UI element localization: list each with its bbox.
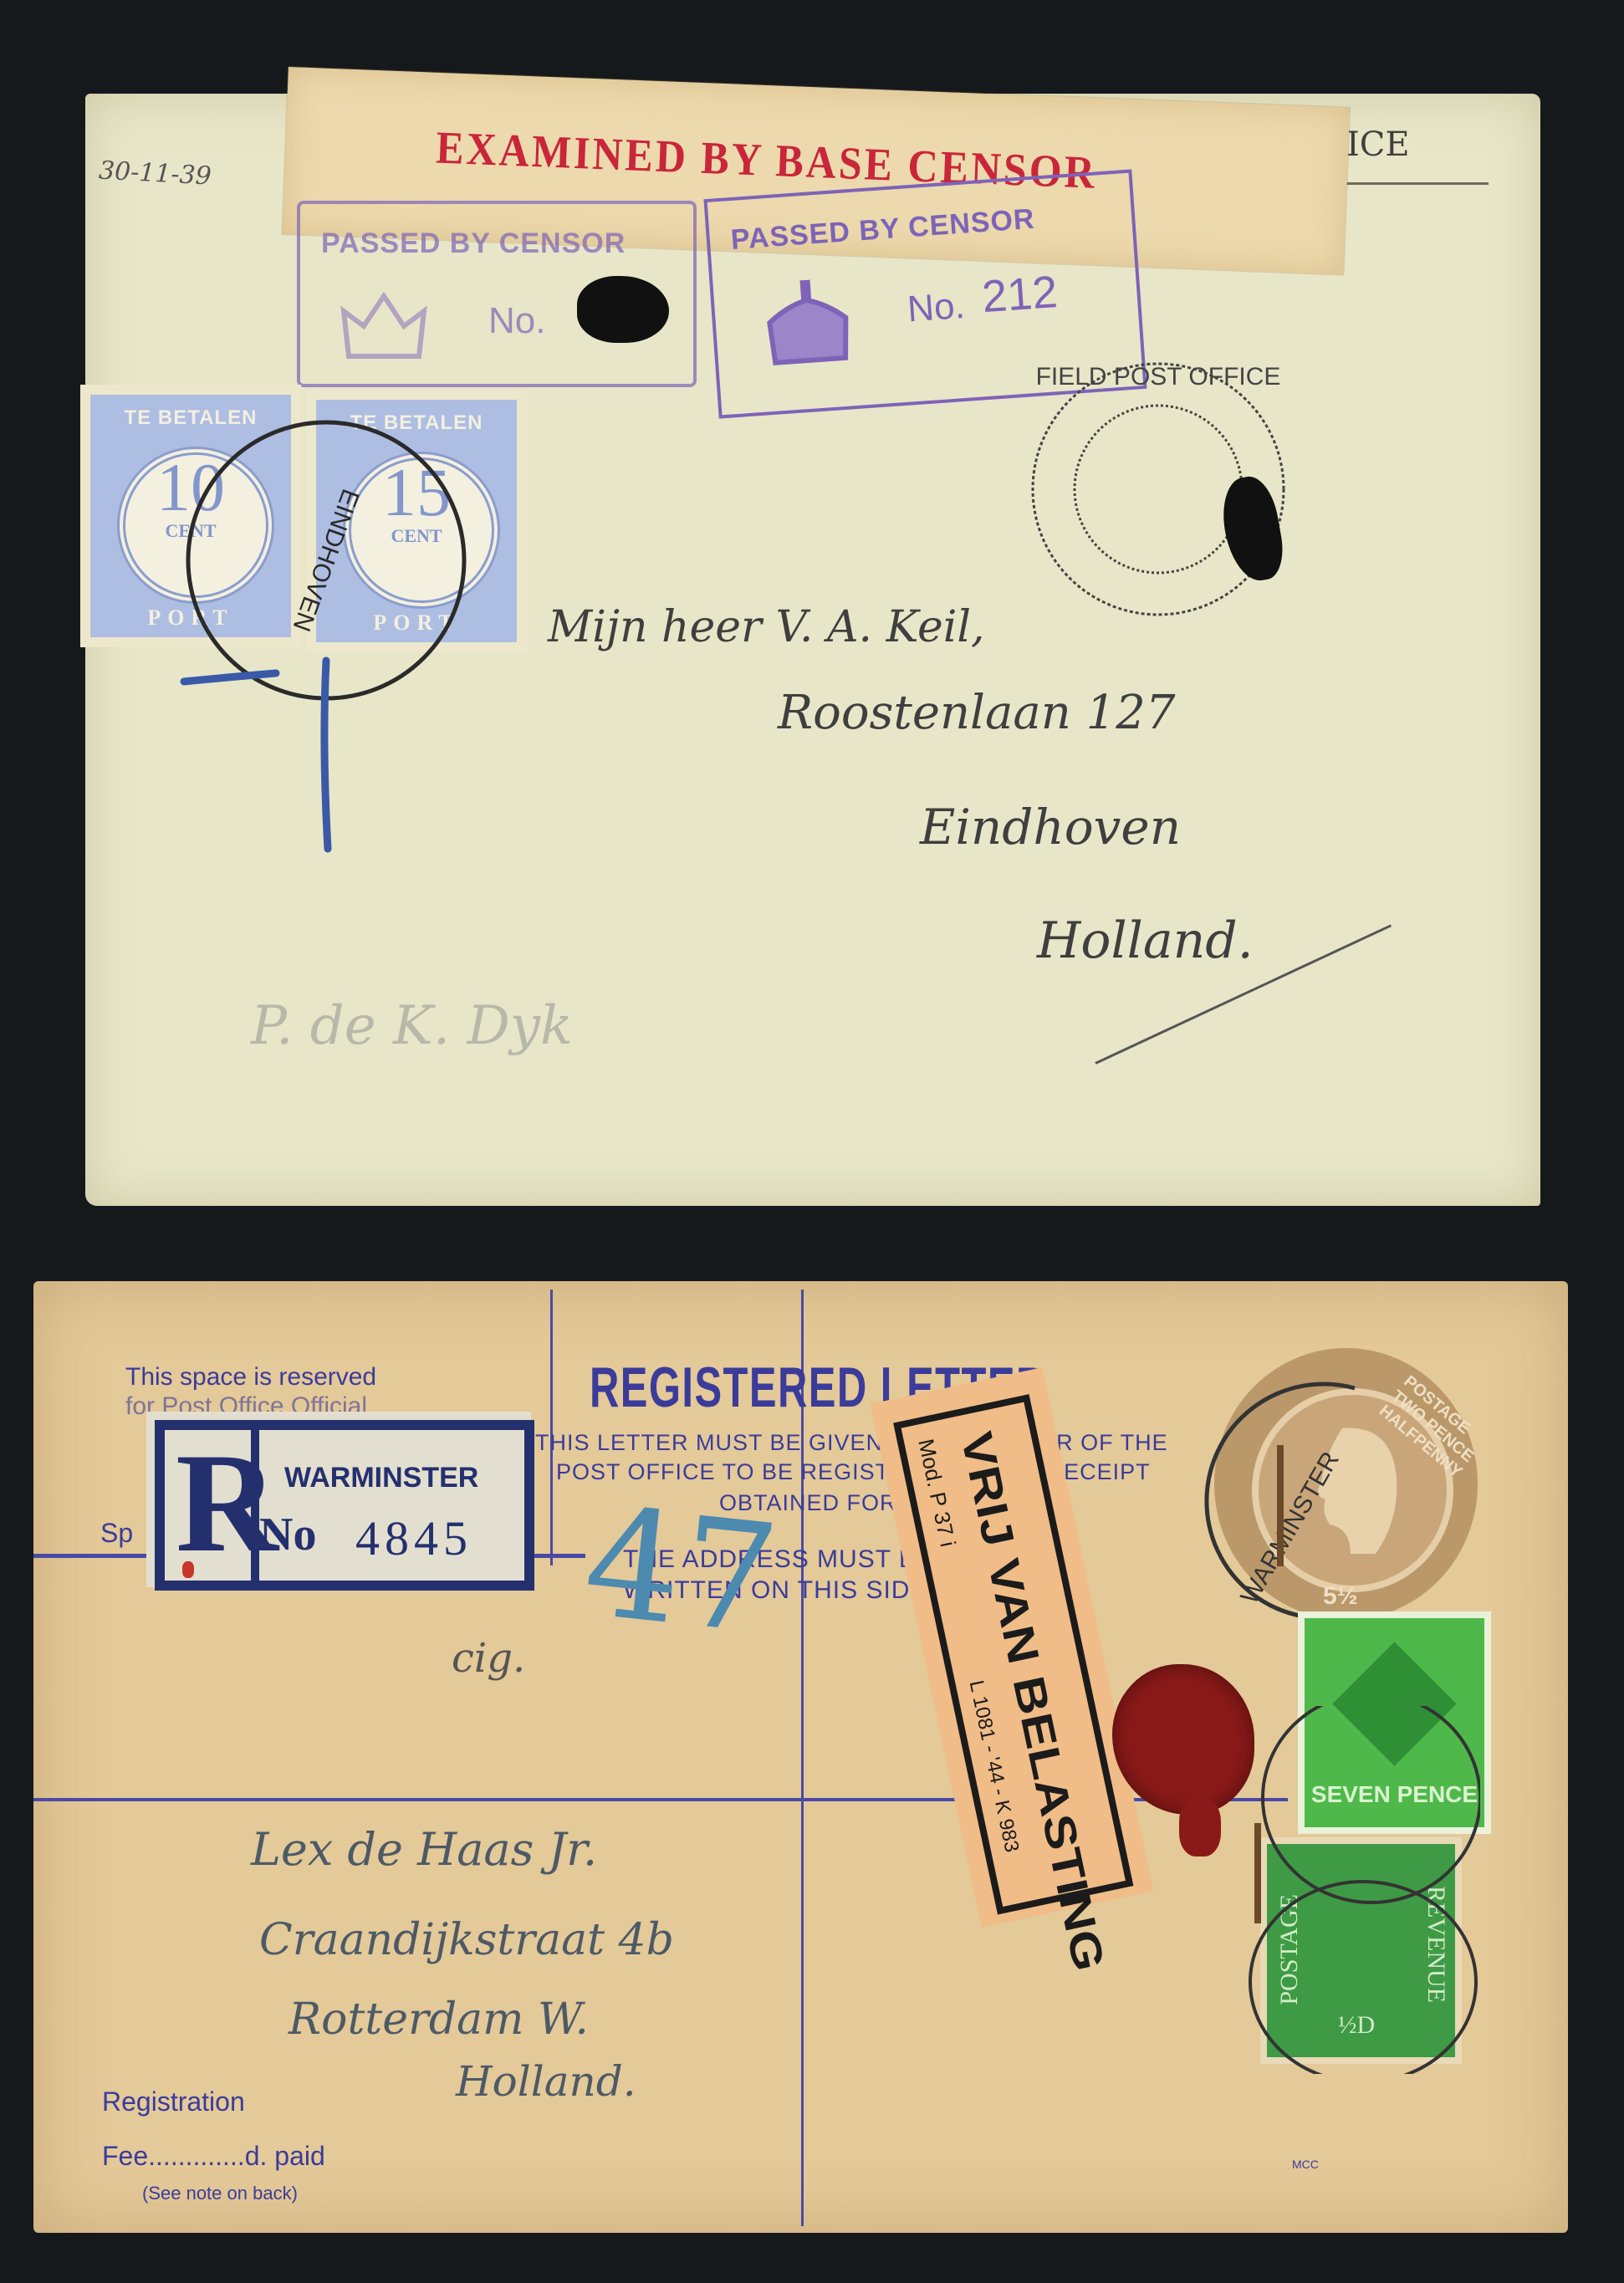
address-line: Lex de Haas Jr. [251, 1823, 597, 1876]
svg-text:EINDHOVEN: EINDHOVEN [288, 485, 365, 635]
pin [1254, 1823, 1261, 1923]
address-line: Eindhoven [920, 799, 1181, 855]
blue-crayon-mark [176, 644, 343, 861]
crown-icon [334, 271, 434, 371]
censor-stamp-number-prefix: No. [906, 285, 967, 331]
sp-fragment: Sp [100, 1518, 133, 1549]
warminster-postmark: WARMINSTER [1187, 1371, 1405, 1631]
red-mark [182, 1561, 194, 1578]
address-line: Craandijkstraat 4b [259, 1915, 674, 1965]
registration-fee-label: Registration [102, 2086, 245, 2117]
instruction-line: THIS LETTER MUST BE GIVEN TO AN OFFICER … [535, 1430, 1168, 1456]
registration-number-prefix: No [259, 1508, 316, 1561]
blue-crayon-number: 47 [577, 1475, 786, 1669]
address-line: Roostenlaan 127 [778, 686, 1175, 740]
cds-postmarks [1246, 1706, 1480, 2074]
printed-rule [550, 1290, 553, 1565]
censor-stamp-header: PASSED BY CENSOR [730, 203, 1036, 257]
wax-seal-drip [1179, 1798, 1221, 1857]
registration-label: R WARMINSTER No 4845 [146, 1412, 531, 1587]
address-line: Mijn heer V. A. Keil, [548, 602, 985, 652]
see-note-text: (See note on back) [142, 2183, 298, 2204]
svg-text:WARMINSTER: WARMINSTER [1235, 1447, 1345, 1608]
pencil-date: 30-11-39 [98, 156, 212, 191]
corner-text-fragment: ICE [1346, 125, 1410, 164]
crown-icon [754, 272, 861, 379]
registration-fee-line: Fee.............d. paid [102, 2141, 325, 2172]
pin [1277, 1445, 1284, 1566]
address-line: Rotterdam W. [289, 1994, 589, 2045]
printer-mark: MCC [1292, 2158, 1319, 2171]
pencil-note: cig. [452, 1635, 525, 1682]
reserved-space-text: This space is reserved [125, 1363, 376, 1392]
address-line: Holland. [1037, 912, 1254, 970]
censor-stamp-header: PASSED BY CENSOR [321, 227, 626, 260]
registration-office: WARMINSTER [284, 1462, 478, 1494]
ink-obliteration [577, 276, 669, 343]
registration-number: 4845 [355, 1510, 472, 1566]
address-line: Holland. [456, 2057, 636, 2106]
censor-stamp-number-prefix: No. [488, 300, 545, 342]
svg-text:FIELD POST OFFICE: FIELD POST OFFICE [1036, 363, 1281, 391]
underline-mark [1338, 182, 1489, 185]
pencil-signature: P. de K. Dyk [251, 995, 573, 1057]
censor-stamp-number: 212 [980, 266, 1059, 323]
